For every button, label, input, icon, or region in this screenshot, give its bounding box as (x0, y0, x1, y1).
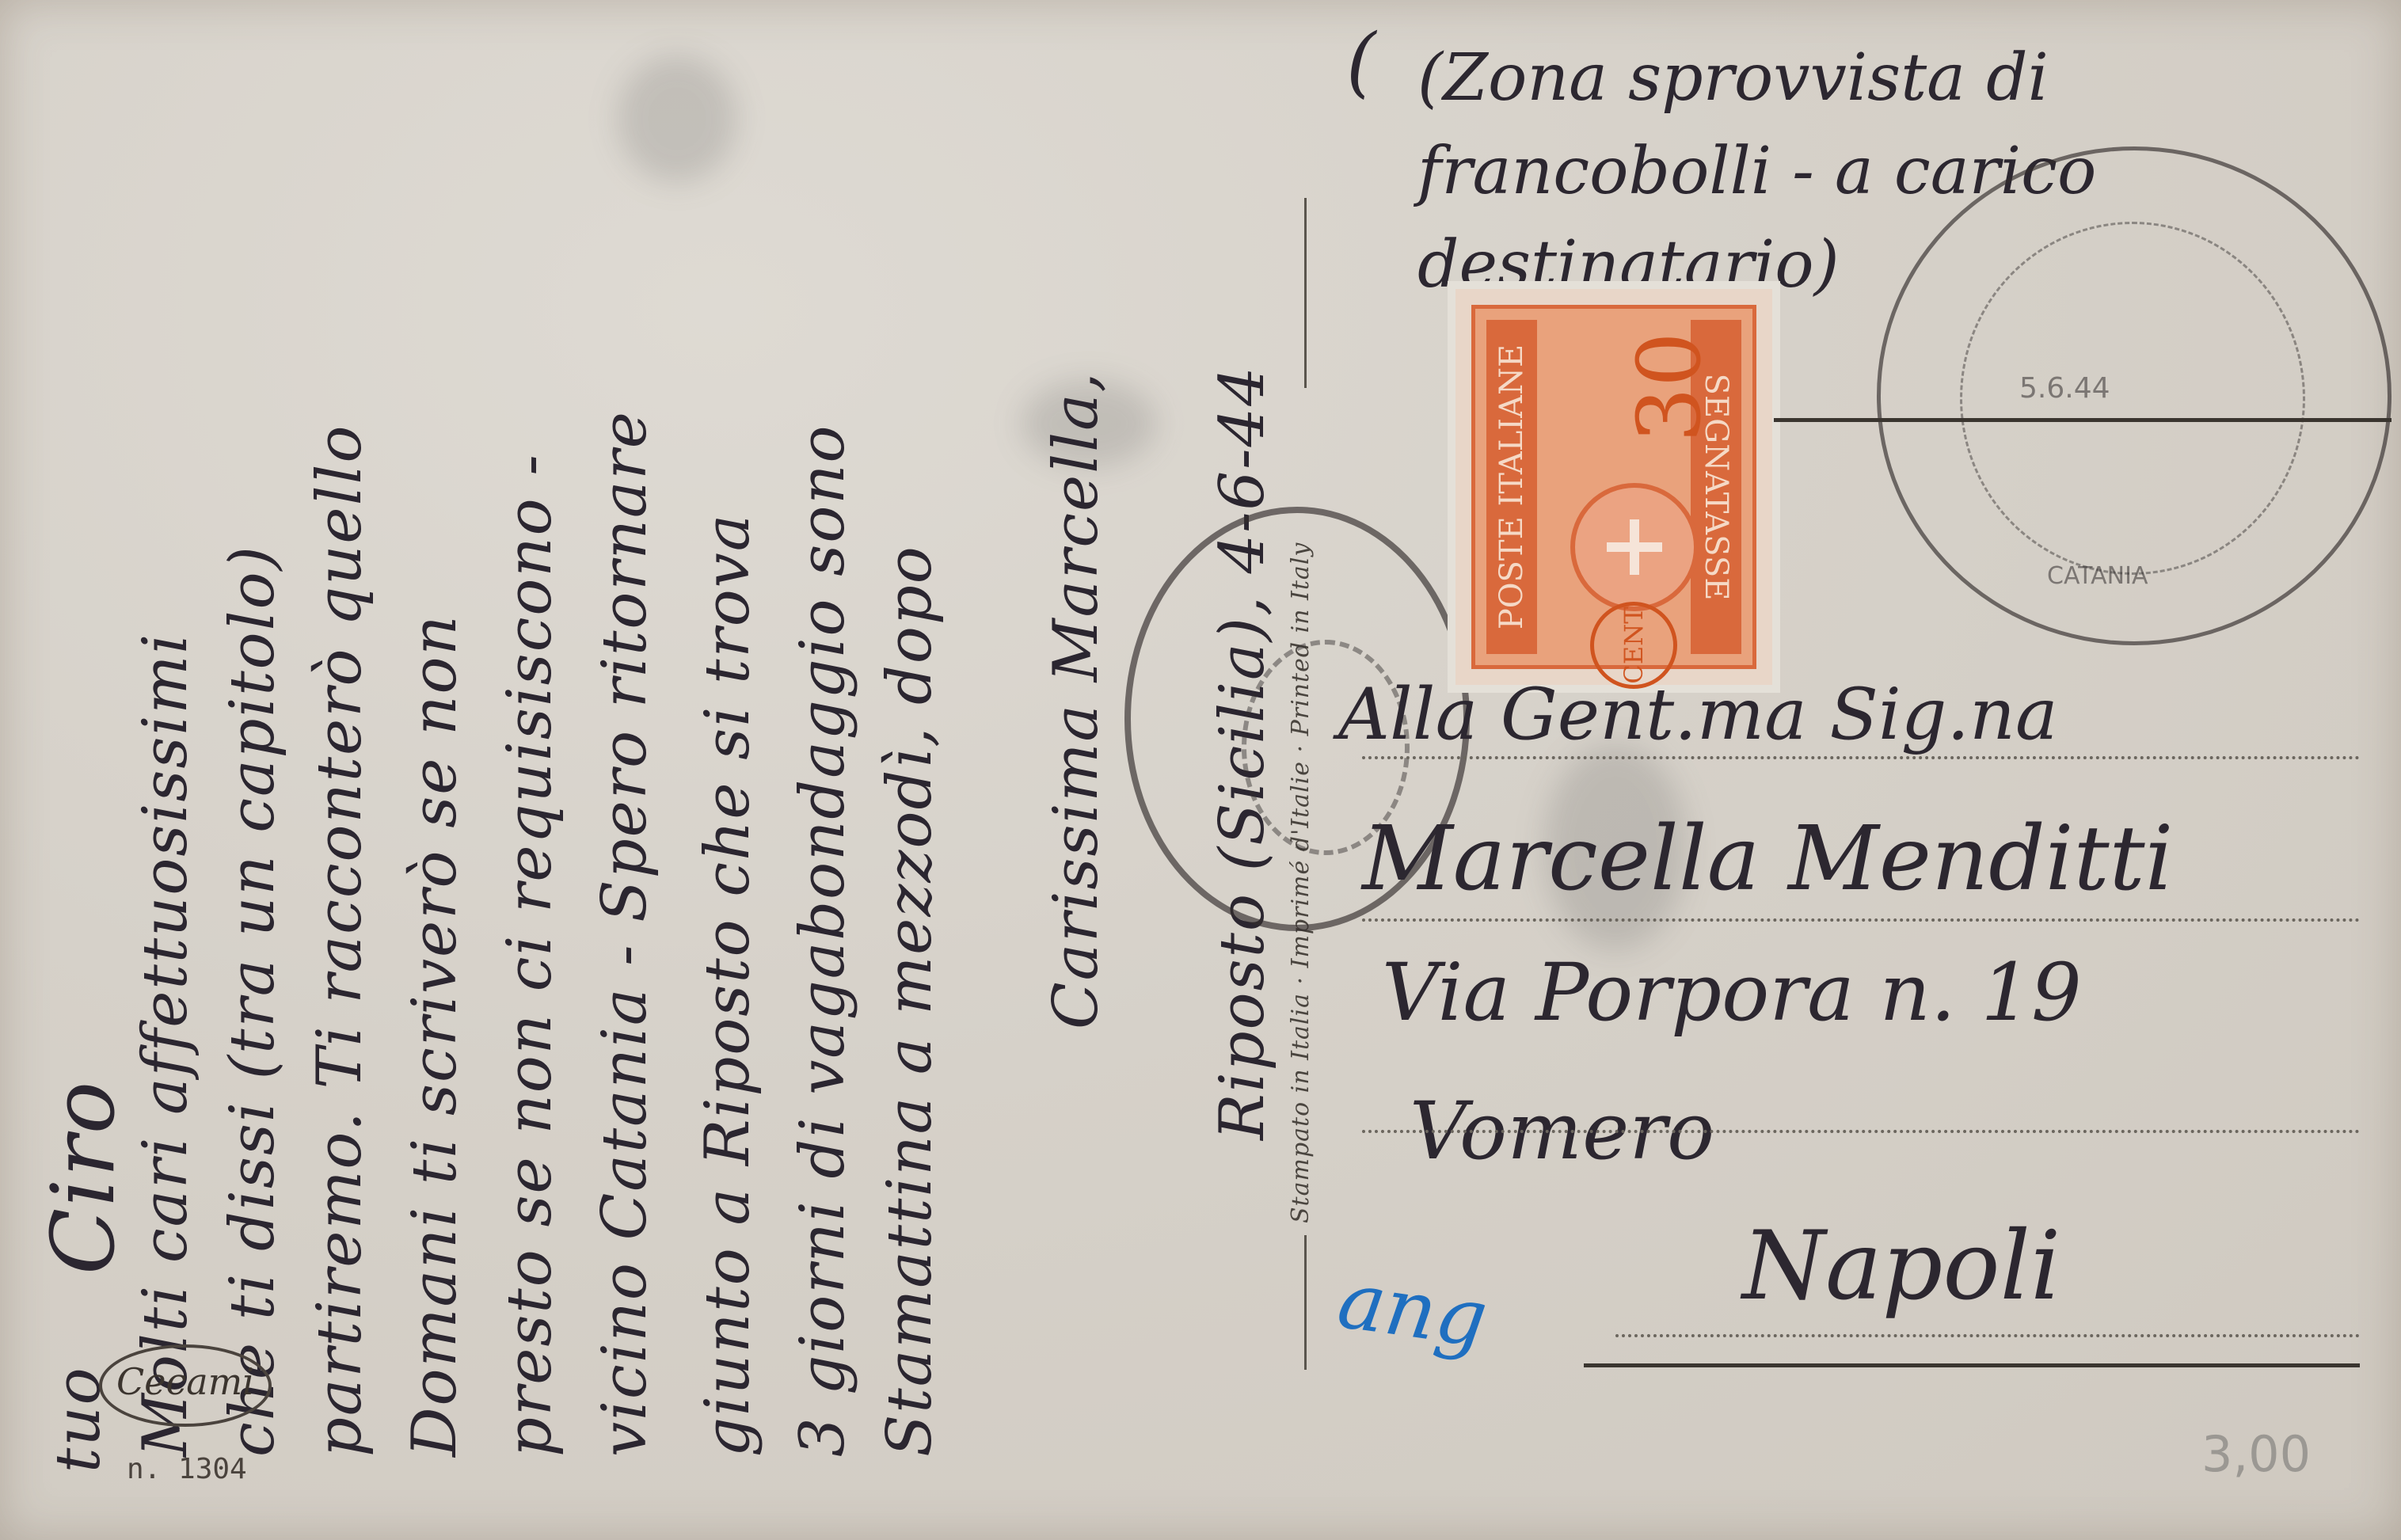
blue-pencil-mark: ang (1333, 1253, 1493, 1365)
message-line: che ti dissi (tra un capitolo) (222, 545, 283, 1457)
message-line: vicino Catania - Spero ritornare (594, 410, 656, 1457)
message-line: 3 giorni di vagabondaggio sono (792, 424, 854, 1458)
address-rule (1584, 1363, 2360, 1367)
address-line-3: Via Porpora n. 19 (1382, 946, 2082, 1039)
publisher-logo: Cecami (99, 1344, 272, 1427)
message-line: Domani ti scriverò se non (404, 614, 466, 1457)
message-line: Molti cari affettuosissimi (135, 633, 196, 1457)
message-line: Stamattina a mezzodì, dopo (879, 545, 941, 1457)
stamp-value: 30 (1619, 328, 1720, 447)
postcard-back: Riposto (Sicilia), 4-6-44 Carissima Marc… (0, 0, 2401, 1540)
postal-note-bracket: ( (1346, 24, 1376, 100)
divider-line (1304, 1235, 1307, 1370)
address-line-1: Alla Gent.ma Sig.na (1338, 673, 2058, 756)
postage-due-stamp: POSTE ITALIANE SEGNATASSE 30 CENT (1455, 289, 1772, 685)
card-number: n. 1304 (127, 1453, 247, 1485)
message-line: giunto a Riposto che si trova (697, 513, 759, 1457)
address-rule (1774, 418, 2391, 422)
address-line-5: Napoli (1742, 1211, 2060, 1321)
address-dotted-line (1362, 918, 2360, 922)
savoy-cross-icon (1570, 483, 1699, 611)
address-dotted-line (1362, 756, 2360, 759)
divider-line (1304, 198, 1307, 388)
message-line: presto se non ci requisiscono - (499, 453, 561, 1457)
message-line: partiremo. Ti racconterò quello (309, 424, 371, 1457)
postmark-catania: 5.6.44 CATANIA (1877, 146, 2391, 645)
greeting: Carissima Marcella, (1045, 371, 1107, 1029)
address-dotted-line (1362, 1130, 2360, 1133)
message-block: Riposto (Sicilia), 4-6-44 Carissima Marc… (24, 79, 1322, 1473)
address-dotted-line (1615, 1334, 2360, 1337)
pencil-price: 3,00 (2201, 1425, 2311, 1483)
signature: Ciro (40, 1080, 127, 1275)
stamp-country-band: POSTE ITALIANE (1486, 320, 1537, 654)
address-line-2: Marcella Menditti (1362, 808, 2173, 911)
